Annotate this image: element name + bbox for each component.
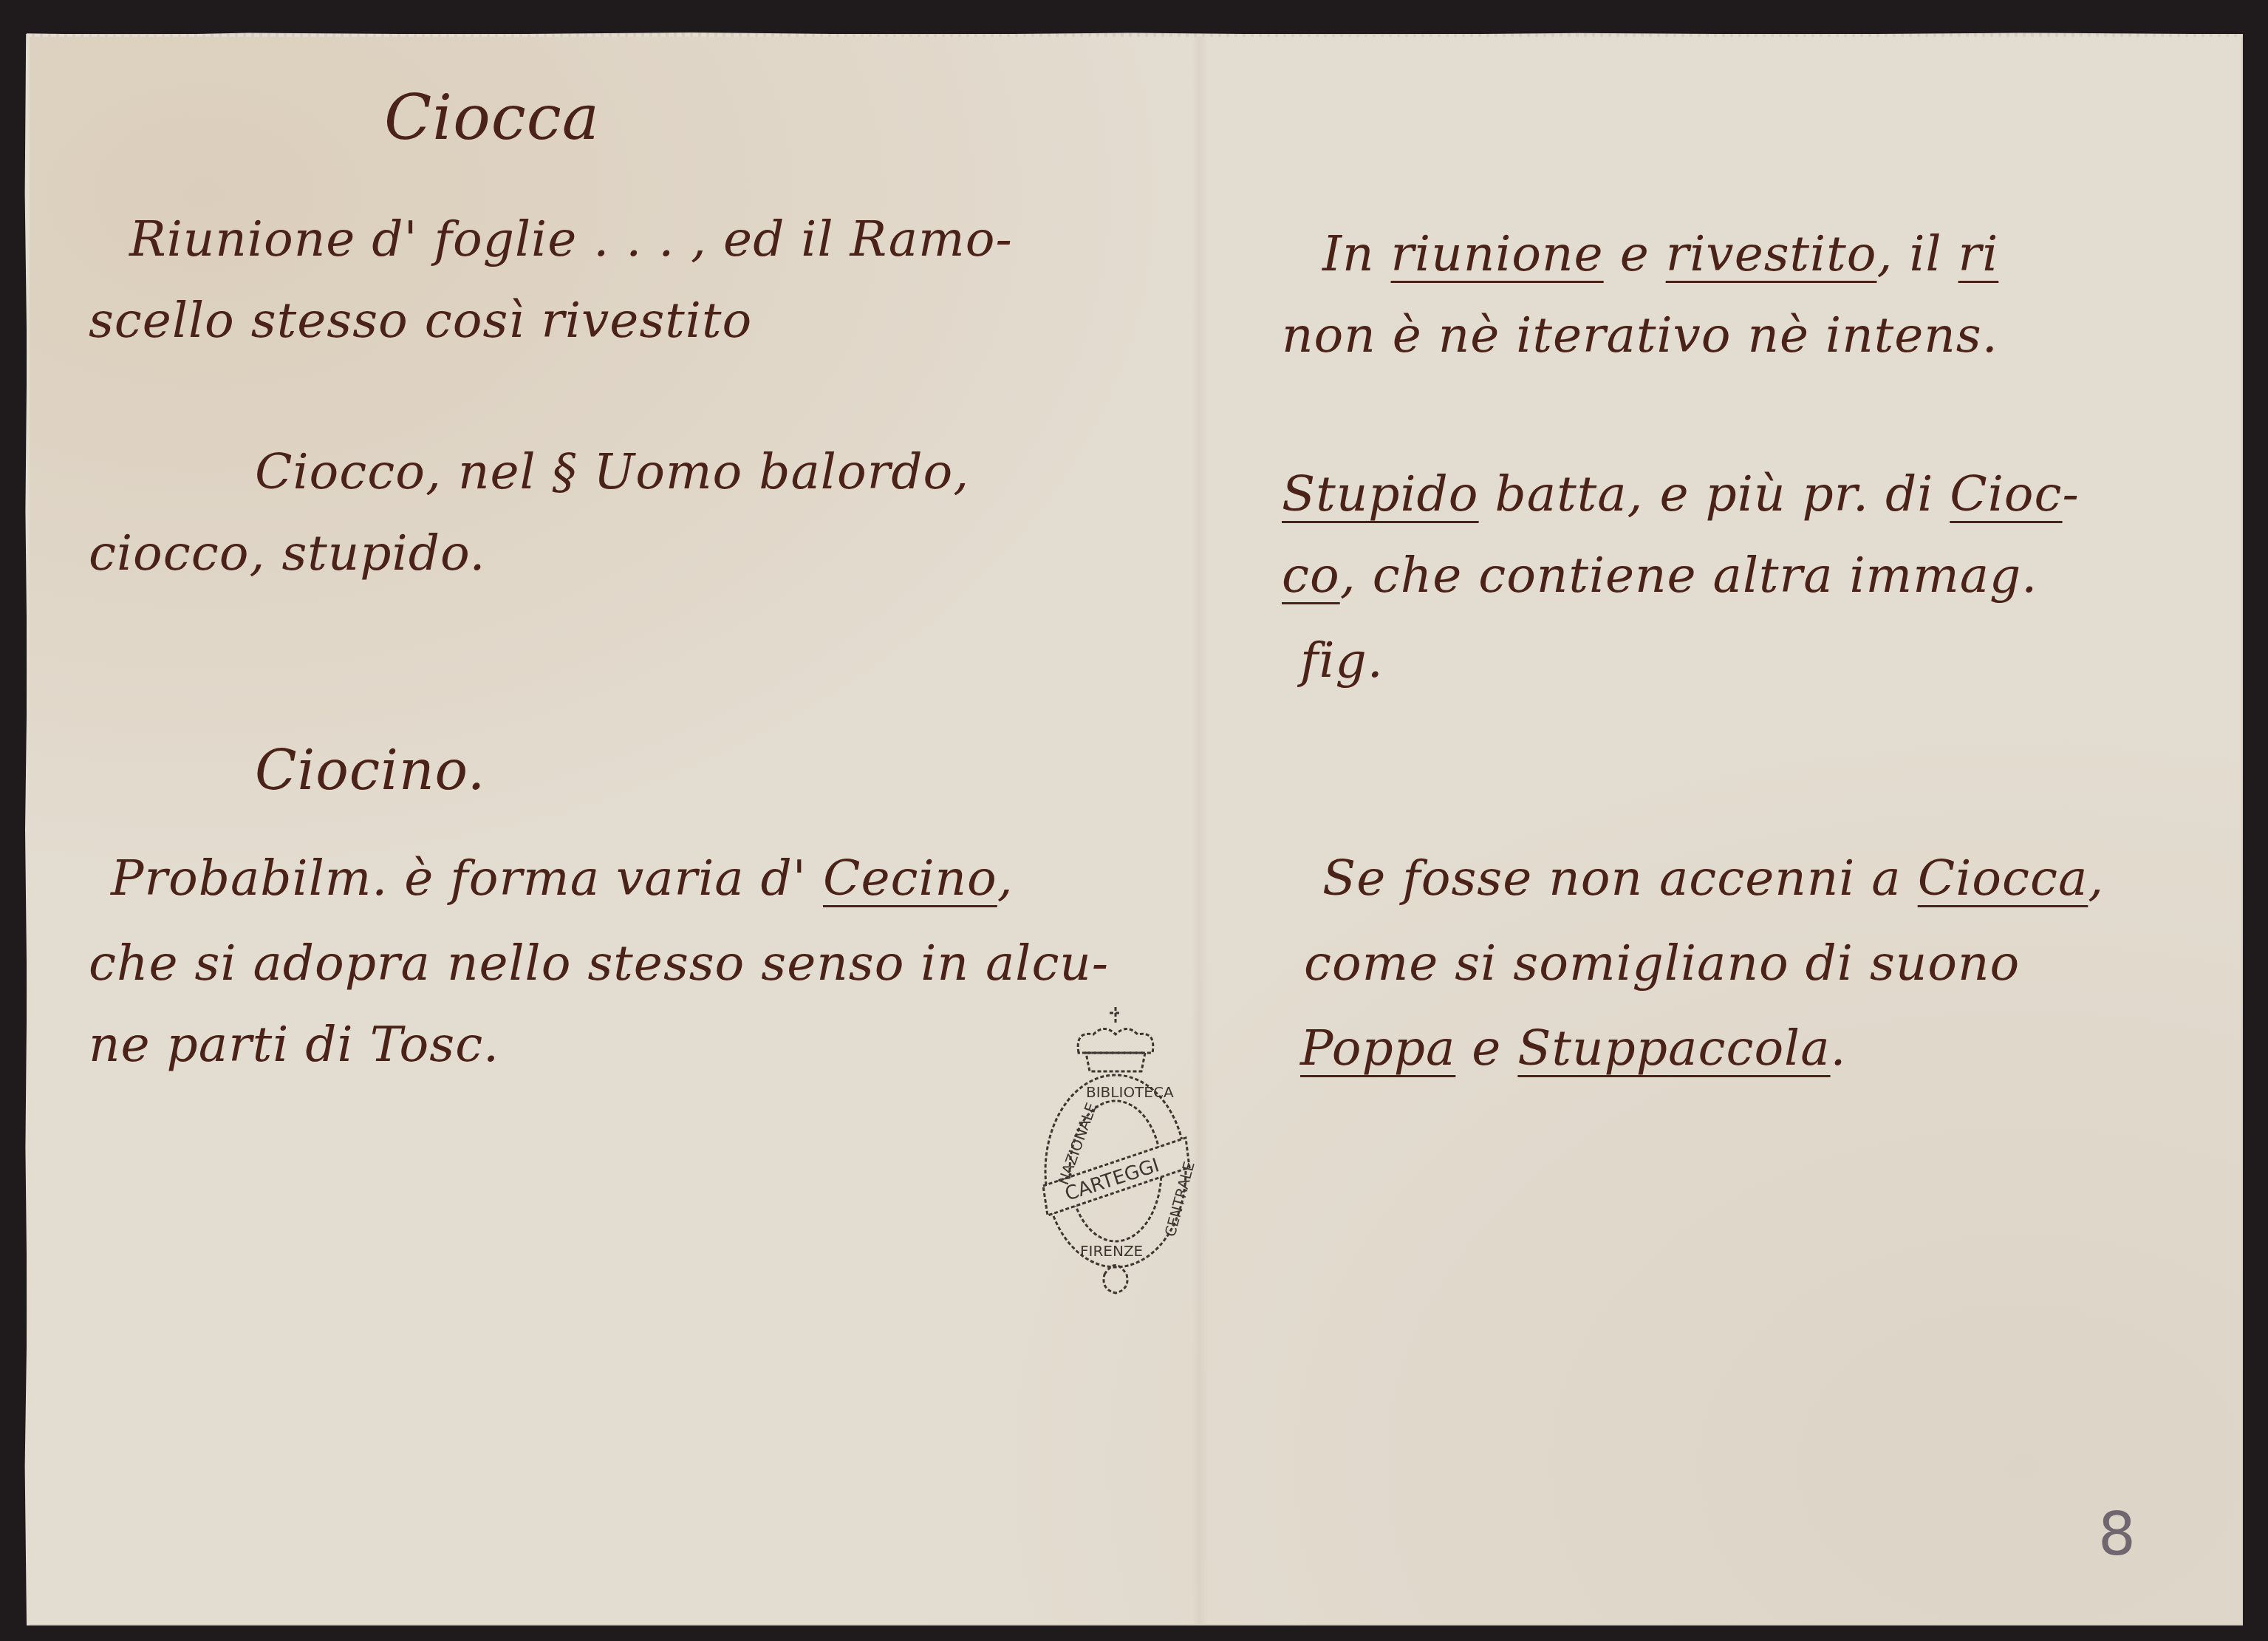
library-stamp: BIBLIOTECA NAZIONALE CARTEGGI CENTRALE F… bbox=[1034, 1001, 1197, 1297]
underlined-term: co bbox=[1282, 547, 1340, 604]
entry-text-line: Se fosse non accenni a Ciocca, bbox=[1322, 850, 2104, 907]
entry-text-line: scello stesso così rivestito bbox=[89, 292, 752, 349]
underlined-term: Poppa bbox=[1300, 1020, 1455, 1077]
underlined-term: Ciocca bbox=[1918, 850, 2088, 907]
text-span: . bbox=[1831, 1020, 1847, 1077]
entry-text-line: In riunione e rivestito, il ri bbox=[1322, 225, 1998, 282]
text-span: Se fosse non accenni a bbox=[1322, 850, 1918, 907]
text-span: , il bbox=[1876, 225, 1958, 282]
entry-heading-ciocca: Ciocca bbox=[384, 81, 600, 154]
royal-crown-icon: BIBLIOTECA NAZIONALE CARTEGGI CENTRALE F… bbox=[1034, 1001, 1197, 1297]
deckle-edge-left bbox=[24, 34, 30, 1625]
text-span: Probabilm. è forma varia d' bbox=[111, 850, 823, 907]
text-span: In bbox=[1322, 225, 1391, 282]
entry-text-line: che si adopra nello stesso senso in alcu… bbox=[89, 935, 1109, 992]
entry-text-line: ne parti di Tosc. bbox=[89, 1016, 499, 1073]
entry-text-line: Poppa e Stuppaccola. bbox=[1300, 1020, 1847, 1077]
underlined-term: Cecino bbox=[823, 850, 997, 907]
text-span: - bbox=[2063, 465, 2080, 522]
entry-text-line: fig. bbox=[1300, 632, 1384, 689]
entry-text-line: co, che contiene altra immag. bbox=[1282, 547, 2038, 604]
entry-text-line: Stupido batta, e più pr. di Cioc- bbox=[1282, 465, 2080, 522]
underlined-term: Cioc bbox=[1950, 465, 2062, 522]
underlined-term: riunione bbox=[1391, 225, 1604, 282]
text-span: e bbox=[1455, 1020, 1517, 1077]
stamp-text-bottom: FIRENZE bbox=[1080, 1242, 1143, 1260]
entry-text-line: Ciocco, nel § Uomo balordo, bbox=[255, 443, 969, 500]
entry-text-line: non è nè iterativo nè intens. bbox=[1282, 307, 1998, 364]
text-span: , bbox=[997, 850, 1014, 907]
text-span: , bbox=[2088, 850, 2104, 907]
entry-text-line: Riunione d' foglie . . . , ed il Ramo- bbox=[129, 211, 1013, 267]
underlined-term: Stuppaccola bbox=[1517, 1020, 1830, 1077]
underlined-term: ri bbox=[1958, 225, 1999, 282]
entry-text-line: Probabilm. è forma varia d' Cecino, bbox=[111, 850, 1014, 907]
text-span: , che contiene altra immag. bbox=[1340, 547, 2038, 604]
text-span: e bbox=[1604, 225, 1666, 282]
stamp-text-top: BIBLIOTECA bbox=[1086, 1083, 1174, 1101]
page-number: 8 bbox=[2098, 1500, 2136, 1569]
entry-text-line: come si somigliano di suono bbox=[1304, 935, 2020, 992]
deckle-edge-top bbox=[27, 31, 2243, 37]
text-span: batta, e più pr. di bbox=[1479, 465, 1950, 522]
underlined-term: rivestito bbox=[1666, 225, 1877, 282]
entry-text-line: ciocco, stupido. bbox=[89, 525, 486, 581]
underlined-term: Stupido bbox=[1282, 465, 1479, 522]
entry-heading-ciocino: Ciocino. bbox=[255, 739, 485, 802]
